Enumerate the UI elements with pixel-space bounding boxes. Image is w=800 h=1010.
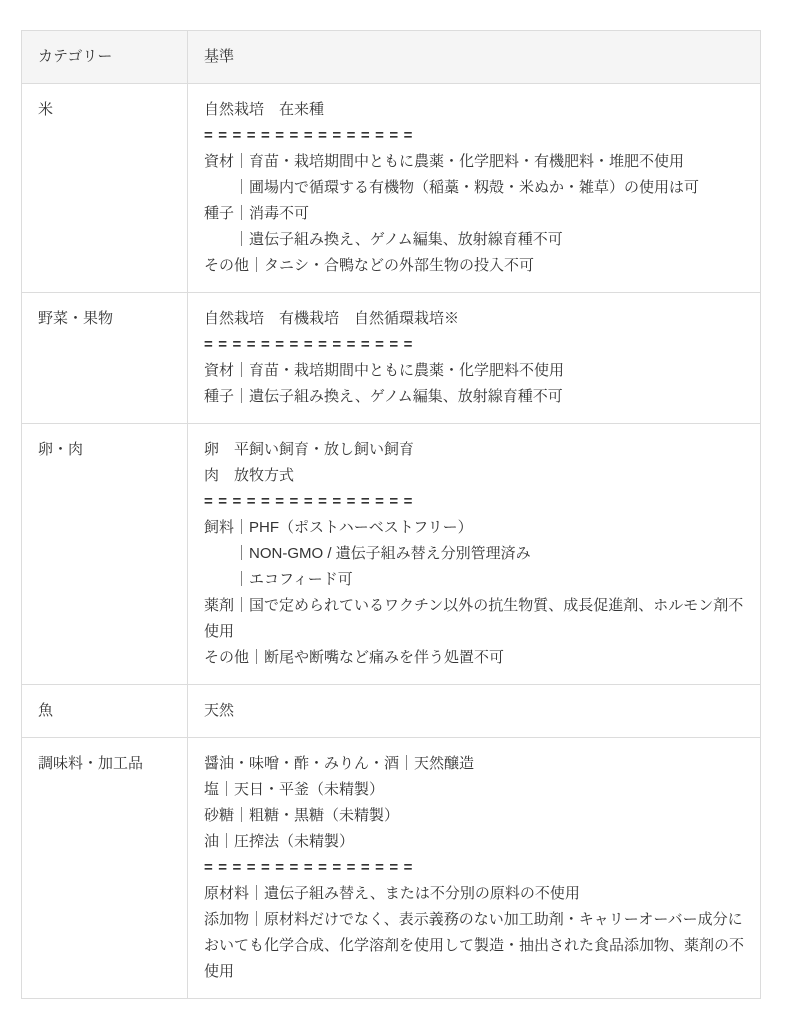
- column-header-criteria: 基準: [188, 31, 761, 84]
- criteria-line: ===============: [204, 123, 744, 149]
- table-row: 野菜・果物 自然栽培 有機栽培 自然循環栽培※===============資材…: [22, 293, 761, 424]
- criteria-line: その他｜タニシ・合鴨などの外部生物の投入不可: [204, 253, 744, 279]
- criteria-line: 飼料｜PHF（ポストハーベストフリー）: [204, 515, 744, 541]
- criteria-line: 薬剤｜国で定められているワクチン以外の抗生物質、成長促進剤、ホルモン剤不使用: [204, 593, 744, 645]
- criteria-line: ｜NON-GMO / 遺伝子組み替え分別管理済み: [204, 541, 744, 567]
- criteria-line: 種子｜消毒不可: [204, 201, 744, 227]
- criteria-cell: 自然栽培 在来種===============資材｜育苗・栽培期間中ともに農薬・…: [188, 84, 761, 293]
- criteria-line: ===============: [204, 332, 744, 358]
- category-cell: 卵・肉: [22, 424, 188, 685]
- criteria-line: 添加物｜原材料だけでなく、表示義務のない加工助剤・キャリーオーバー成分においても…: [204, 907, 744, 985]
- table-row: 卵・肉 卵 平飼い飼育・放し飼い飼育肉 放牧方式===============飼…: [22, 424, 761, 685]
- category-cell: 米: [22, 84, 188, 293]
- table-row: 米 自然栽培 在来種===============資材｜育苗・栽培期間中ともに農…: [22, 84, 761, 293]
- criteria-line: ===============: [204, 855, 744, 881]
- category-cell: 野菜・果物: [22, 293, 188, 424]
- criteria-line: 卵 平飼い飼育・放し飼い飼育: [204, 437, 744, 463]
- table-body: 米 自然栽培 在来種===============資材｜育苗・栽培期間中ともに農…: [22, 84, 761, 999]
- criteria-line: 油｜圧搾法（未精製）: [204, 829, 744, 855]
- criteria-line: 肉 放牧方式: [204, 463, 744, 489]
- criteria-line: 種子｜遺伝子組み換え、ゲノム編集、放射線育種不可: [204, 384, 744, 410]
- criteria-line: 塩｜天日・平釜（未精製）: [204, 777, 744, 803]
- criteria-cell: 自然栽培 有機栽培 自然循環栽培※===============資材｜育苗・栽培…: [188, 293, 761, 424]
- criteria-line: 自然栽培 在来種: [204, 97, 744, 123]
- criteria-line: 天然: [204, 698, 744, 724]
- table-row: 調味料・加工品 醤油・味噌・酢・みりん・酒｜天然醸造塩｜天日・平釜（未精製）砂糖…: [22, 738, 761, 999]
- criteria-table: カテゴリー 基準 米 自然栽培 在来種===============資材｜育苗・…: [21, 30, 761, 999]
- criteria-line: ｜エコフィード可: [204, 567, 744, 593]
- criteria-line: ｜圃場内で循環する有機物（稲藁・籾殻・米ぬか・雑草）の使用は可: [204, 175, 744, 201]
- criteria-line: 資材｜育苗・栽培期間中ともに農薬・化学肥料不使用: [204, 358, 744, 384]
- criteria-line: 資材｜育苗・栽培期間中ともに農薬・化学肥料・有機肥料・堆肥不使用: [204, 149, 744, 175]
- header-row: カテゴリー 基準: [22, 31, 761, 84]
- criteria-line: 自然栽培 有機栽培 自然循環栽培※: [204, 306, 744, 332]
- table-row: 魚 天然: [22, 685, 761, 738]
- criteria-cell: 醤油・味噌・酢・みりん・酒｜天然醸造塩｜天日・平釜（未精製）砂糖｜粗糖・黒糖（未…: [188, 738, 761, 999]
- criteria-line: ｜遺伝子組み換え、ゲノム編集、放射線育種不可: [204, 227, 744, 253]
- criteria-cell: 天然: [188, 685, 761, 738]
- criteria-line: 砂糖｜粗糖・黒糖（未精製）: [204, 803, 744, 829]
- column-header-category: カテゴリー: [22, 31, 188, 84]
- category-cell: 魚: [22, 685, 188, 738]
- category-cell: 調味料・加工品: [22, 738, 188, 999]
- page: カテゴリー 基準 米 自然栽培 在来種===============資材｜育苗・…: [0, 0, 800, 1010]
- criteria-line: 原材料｜遺伝子組み替え、または不分別の原料の不使用: [204, 881, 744, 907]
- criteria-cell: 卵 平飼い飼育・放し飼い飼育肉 放牧方式===============飼料｜PH…: [188, 424, 761, 685]
- criteria-line: その他｜断尾や断嘴など痛みを伴う処置不可: [204, 645, 744, 671]
- criteria-line: 醤油・味噌・酢・みりん・酒｜天然醸造: [204, 751, 744, 777]
- criteria-line: ===============: [204, 489, 744, 515]
